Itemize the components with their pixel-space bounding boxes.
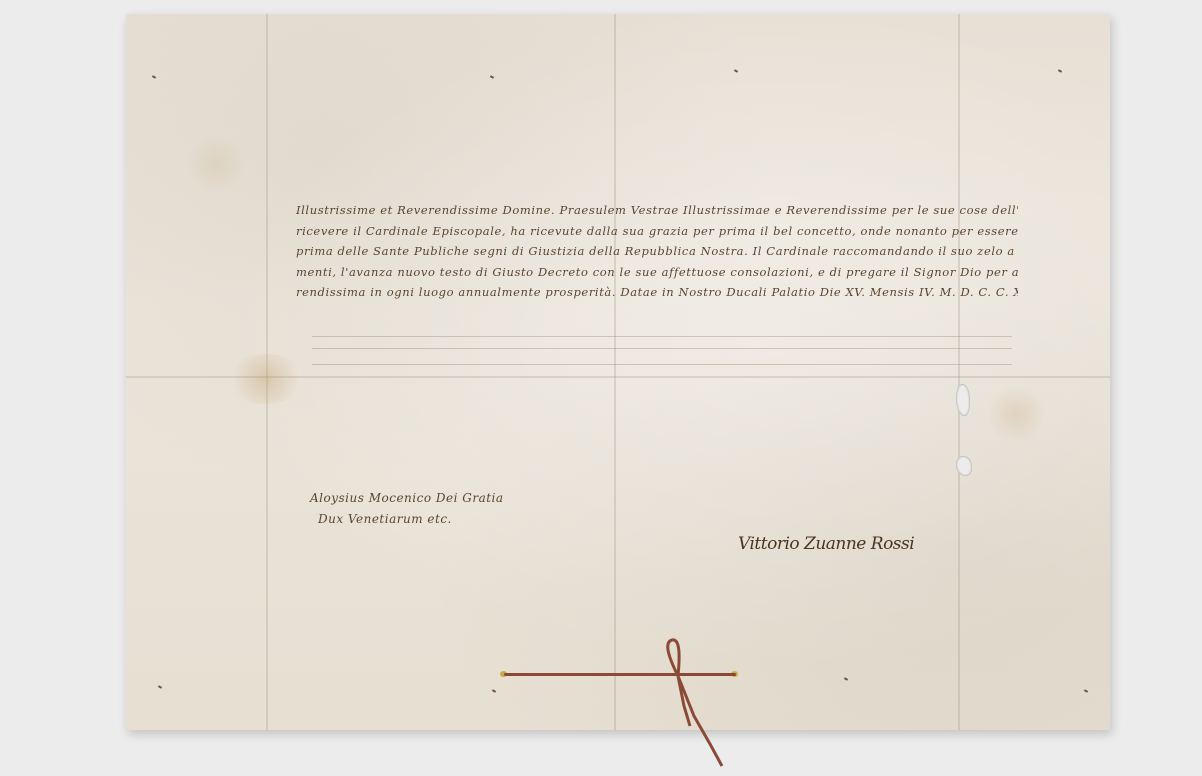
letter-line: ricevere il Cardinale Episcopale, ha ric… — [296, 221, 1018, 242]
parchment-tear — [956, 384, 970, 416]
letter-line: prima delle Sante Publiche segni di Gius… — [296, 241, 1018, 262]
letter-body: Illustrissime et Reverendissime Domine. … — [296, 200, 1018, 303]
signature-line: Dux Venetiarum etc. — [310, 509, 504, 530]
pinhole — [1058, 69, 1062, 73]
cord-knot-icon — [650, 636, 730, 772]
pinhole — [1084, 689, 1088, 693]
pinhole — [492, 689, 496, 693]
pinhole — [158, 685, 162, 689]
ruled-line — [312, 348, 1012, 349]
parchment-document: Illustrissime et Reverendissime Domine. … — [126, 14, 1110, 730]
ruled-line — [312, 364, 1012, 365]
pinhole — [734, 69, 738, 73]
doge-signature-block: Aloysius Mocenico Dei Gratia Dux Venetia… — [310, 488, 504, 530]
stain — [986, 384, 1046, 444]
pinhole — [844, 677, 848, 681]
pinhole — [152, 75, 156, 79]
fold-line — [958, 14, 960, 730]
letter-line: Illustrissime et Reverendissime Domine. … — [296, 200, 1018, 221]
parchment-tear — [956, 456, 972, 476]
secretary-signature: Vittorio Zuanne Rossi — [738, 534, 914, 554]
ruled-line — [312, 336, 1012, 337]
letter-line: menti, l'avanza nuovo testo di Giusto De… — [296, 262, 1018, 283]
fold-line — [614, 14, 616, 730]
stain — [226, 354, 306, 404]
letter-line: rendissima in ogni luogo annualmente pro… — [296, 282, 1018, 303]
pinhole — [490, 75, 494, 79]
signature-line: Aloysius Mocenico Dei Gratia — [310, 488, 504, 509]
stain — [186, 134, 246, 194]
